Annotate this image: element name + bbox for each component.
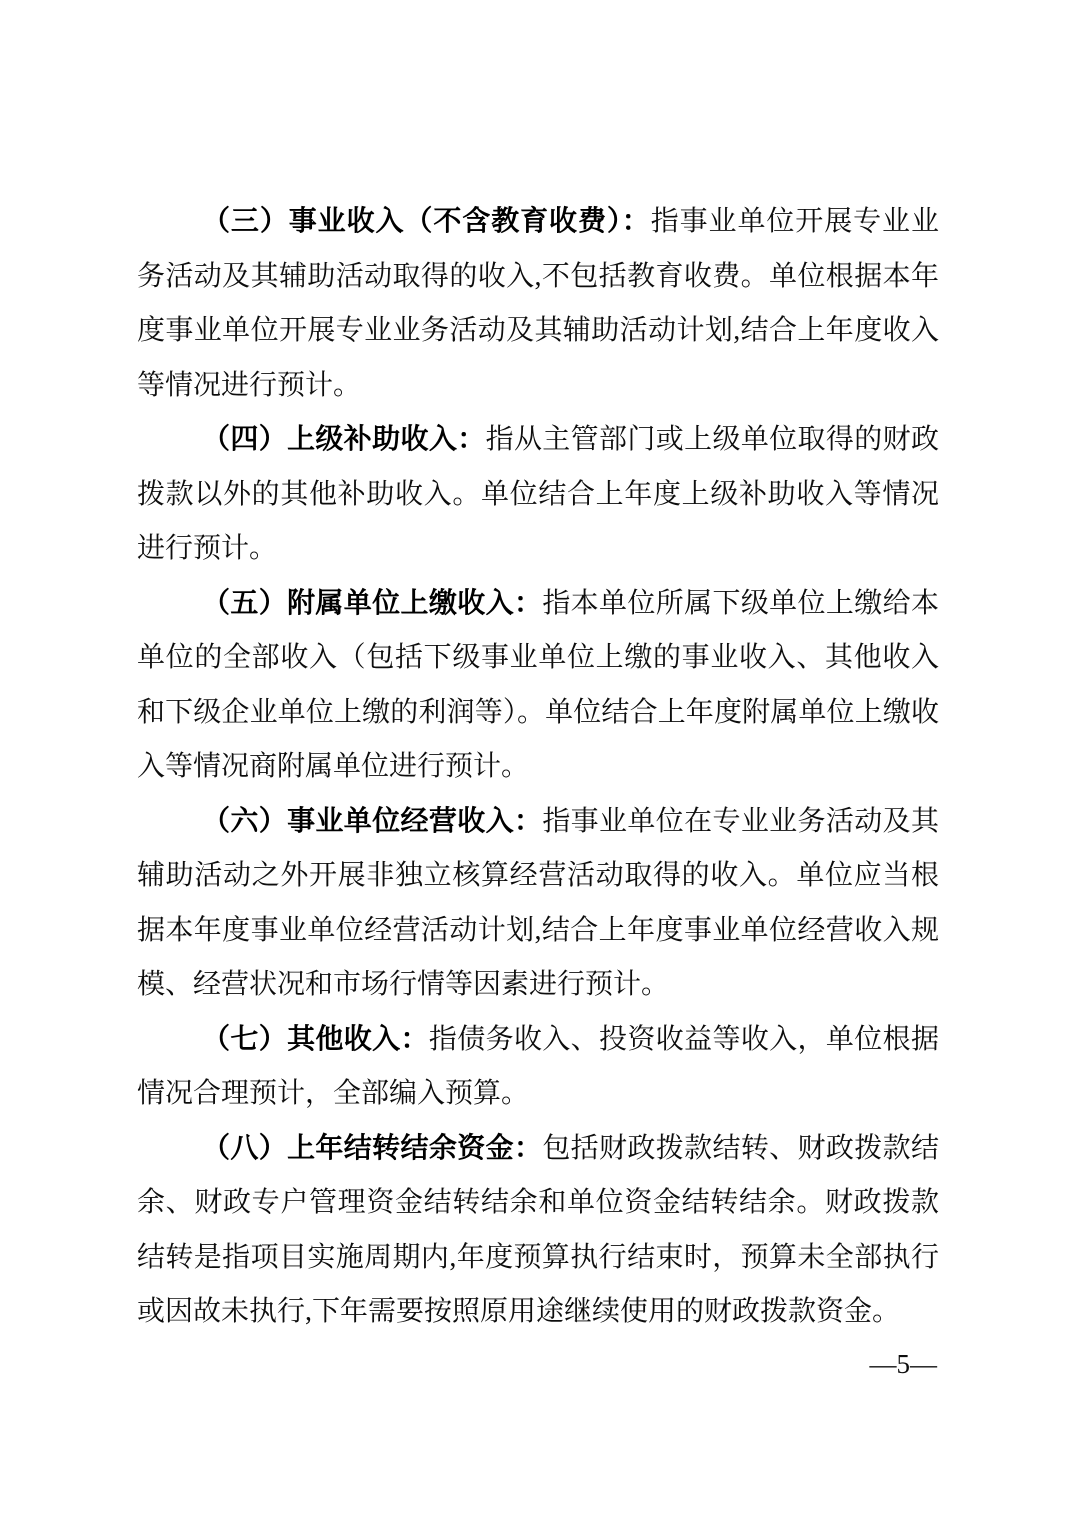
paragraph-5-heading: （五）附属单位上缴收入： [202, 588, 542, 619]
paragraph-6-heading: （六）事业单位经营收入： [202, 806, 542, 837]
document-page: （三）事业收入（不含教育收费）：指事业单位开展专业业务活动及其辅助活动取得的收入… [0, 0, 1074, 1520]
page-number: —5— [870, 1348, 938, 1380]
paragraph-3: （三）事业收入（不含教育收费）：指事业单位开展专业业务活动及其辅助活动取得的收入… [137, 195, 939, 413]
paragraph-3-heading: （三）事业收入（不含教育收费）： [202, 206, 651, 237]
paragraph-7-heading: （七）其他收入： [202, 1024, 429, 1055]
paragraph-4-heading: （四）上级补助收入： [202, 424, 486, 455]
paragraph-4: （四）上级补助收入：指从主管部门或上级单位取得的财政拨款以外的其他补助收入。单位… [137, 413, 939, 577]
document-text-block: （三）事业收入（不含教育收费）：指事业单位开展专业业务活动及其辅助活动取得的收入… [137, 195, 939, 1340]
paragraph-5: （五）附属单位上缴收入：指本单位所属下级单位上缴给本单位的全部收入（包括下级事业… [137, 577, 939, 795]
paragraph-6: （六）事业单位经营收入：指事业单位在专业业务活动及其辅助活动之外开展非独立核算经… [137, 795, 939, 1013]
paragraph-8-heading: （八）上年结转结余资金： [202, 1133, 542, 1164]
paragraph-7: （七）其他收入：指债务收入、投资收益等收入，单位根据情况合理预计，全部编入预算。 [137, 1013, 939, 1122]
paragraph-8: （八）上年结转结余资金：包括财政拨款结转、财政拨款结余、财政专户管理资金结转结余… [137, 1122, 939, 1340]
